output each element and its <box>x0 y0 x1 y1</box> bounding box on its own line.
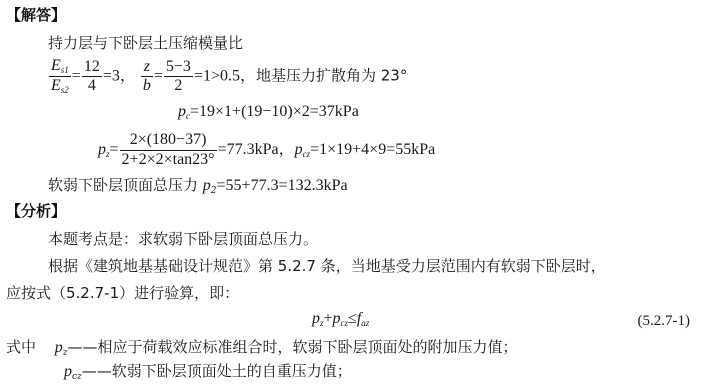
pcz-expression: =1×19+4×9=55kPa <box>310 141 435 158</box>
z-symbol: z <box>141 59 153 78</box>
diffusion-angle-conclusion: 地基压力扩散角为 23° <box>256 67 407 85</box>
zb-fraction: z b <box>141 59 153 96</box>
check-formula: pz+pcz≤faz <box>312 311 369 328</box>
p-subscript: cz <box>303 149 311 159</box>
plus-sign: + <box>324 310 333 327</box>
p-symbol: p <box>333 310 341 327</box>
analysis-point-text: 本题考点是：求软弱下卧层顶面总压力。 <box>48 232 318 247</box>
p-symbol: p <box>178 103 186 120</box>
fraction-denominator: 2 <box>164 77 193 95</box>
equals-sign: = <box>154 68 163 85</box>
es-ratio-fraction: Es1 Es2 <box>49 58 71 96</box>
equals-sign: = <box>72 68 81 85</box>
es2-subscript: s2 <box>61 85 69 95</box>
p-symbol: p <box>203 177 211 194</box>
p-symbol: p <box>312 310 320 327</box>
p-symbol: p <box>98 141 106 158</box>
pc-equation: pc=19×1+(19−10)×2=37kPa <box>178 104 359 121</box>
es1-subscript: s1 <box>61 65 69 75</box>
ratio-result: =3， <box>103 68 136 85</box>
answer-intro-text: 持力层与下卧层土压缩模量比 <box>48 36 243 51</box>
zb-result: =1>0.5， <box>194 68 256 85</box>
fraction-numerator: 5−3 <box>164 59 193 78</box>
pc-expression: =19×1+(19−10)×2=37kPa <box>190 103 359 120</box>
p-symbol: p <box>295 141 303 158</box>
total-pressure-label: 软弱下卧层顶面总压力 <box>48 176 203 194</box>
b-symbol: b <box>141 77 153 95</box>
leq-sign: ≤ <box>348 310 357 327</box>
p-subscript: cz <box>341 318 349 328</box>
analysis-heading: 【分析】 <box>6 204 66 219</box>
value-ratio-fraction: 12 4 <box>82 59 102 96</box>
es1-symbol: E <box>51 57 61 74</box>
equation-number: (5.2.7-1) <box>638 313 691 330</box>
answer-heading: 【解答】 <box>6 8 66 23</box>
analysis-paragraph-line-2: 应按式（5.2.7-1）进行验算，即： <box>6 286 239 301</box>
definition-pcz: pcz——软弱下卧层顶面处土的自重压力值； <box>64 364 352 382</box>
fraction-numerator: 2×(180−37) <box>120 132 217 151</box>
modulus-ratio-equation: Es1 Es2 = 12 4 =3， z b = 5−3 2 =1>0.5，地基… <box>48 58 407 96</box>
p-symbol: p <box>55 339 63 356</box>
total-pressure-expression: =55+77.3=132.3kPa <box>217 177 348 194</box>
pz-result: =77.3kPa， <box>218 141 295 158</box>
fraction-numerator: 12 <box>82 59 102 78</box>
p-symbol: p <box>64 363 72 380</box>
definition-text: ——相应于荷载效应标准组合时，软弱下卧层顶面处的附加压力值； <box>68 338 518 356</box>
pz-fraction: 2×(180−37) 2+2×2×tan23° <box>120 132 217 169</box>
pz-equation: pz= 2×(180−37) 2+2×2×tan23° =77.3kPa，pcz… <box>98 132 435 169</box>
definition-pz: 式中 pz——相应于荷载效应标准组合时，软弱下卧层顶面处的附加压力值； <box>6 340 518 358</box>
definition-text: ——软弱下卧层顶面处土的自重压力值； <box>82 362 352 380</box>
fraction-denominator: 4 <box>82 77 102 95</box>
f-subscript: az <box>361 318 369 328</box>
total-pressure-line: 软弱下卧层顶面总压力 p2=55+77.3=132.3kPa <box>48 178 348 196</box>
analysis-paragraph-line-1: 根据《建筑地基基础设计规范》第 5.2.7 条，当地基受力层范围内有软弱下卧层时… <box>48 259 606 274</box>
es2-symbol: E <box>51 77 61 94</box>
where-label: 式中 <box>6 338 36 356</box>
equals-sign: = <box>110 141 119 158</box>
p-subscript: cz <box>72 372 82 382</box>
zb-value-fraction: 5−3 2 <box>164 59 193 96</box>
fraction-denominator: 2+2×2×tan23° <box>120 151 217 169</box>
